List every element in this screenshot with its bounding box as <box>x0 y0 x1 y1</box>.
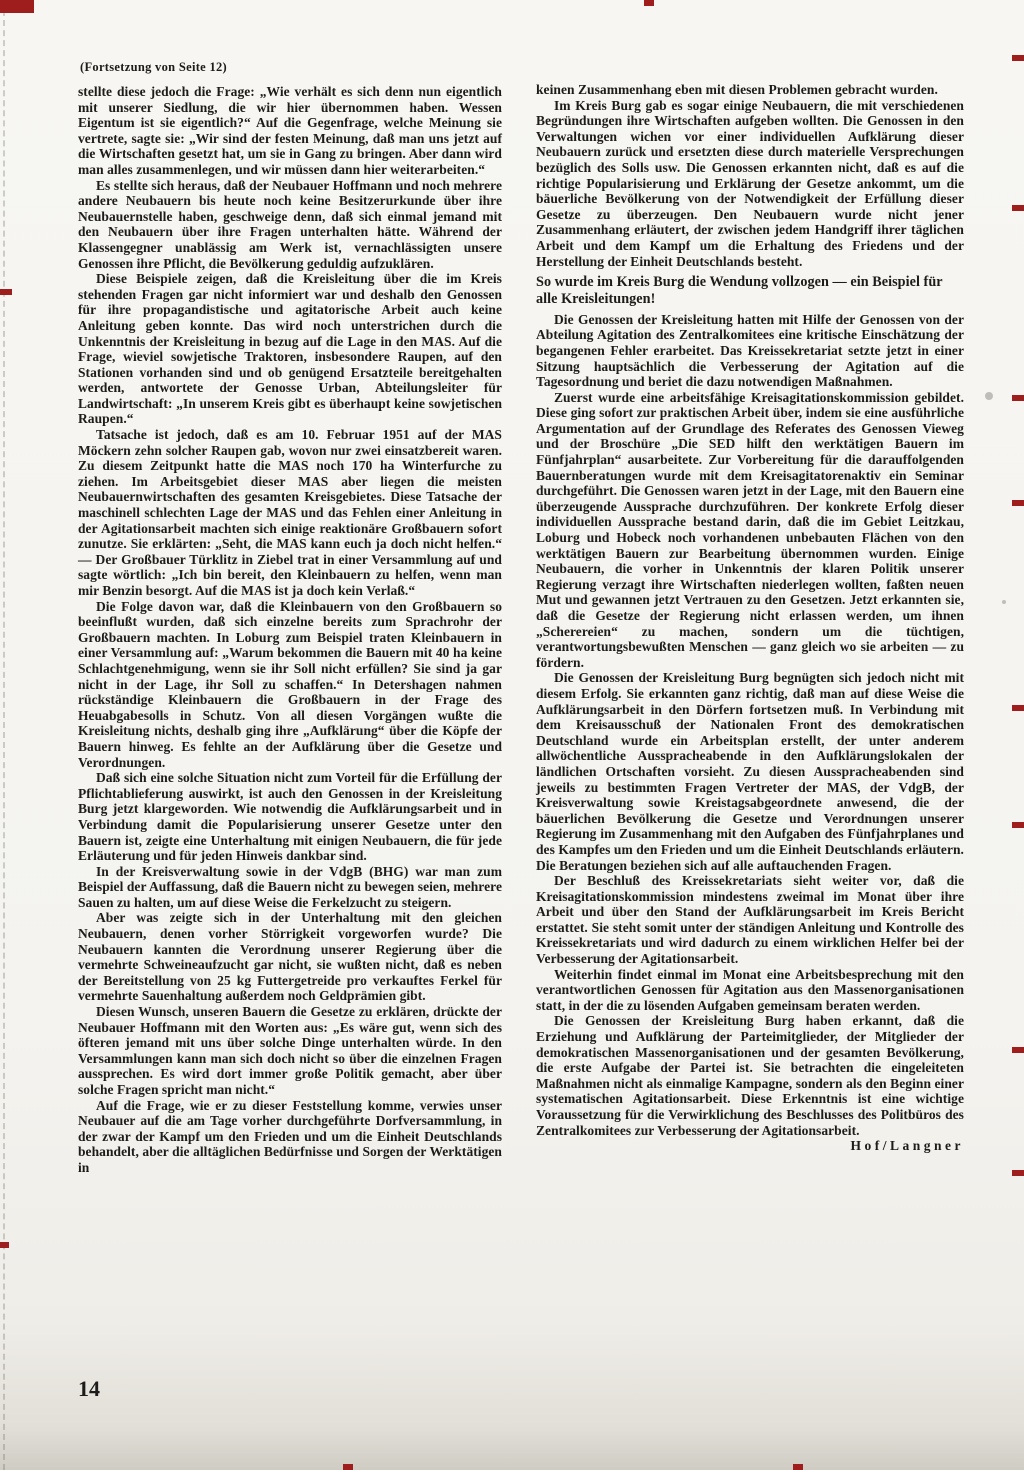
right-column-text-top: keinen Zusammenhang eben mit diesen Prob… <box>536 82 964 269</box>
paragraph: Es stellte sich heraus, daß der Neubauer… <box>78 178 502 272</box>
paragraph: In der Kreisverwaltung sowie in der VdgB… <box>78 864 502 911</box>
paragraph: Der Beschluß des Kreissekretariats sieht… <box>536 873 964 967</box>
registration-mark <box>343 1464 353 1470</box>
left-column: stellte diese jedoch die Frage: „Wie ver… <box>78 84 502 1176</box>
right-column-text-bottom: Die Genossen der Kreisleitung hatten mit… <box>536 312 964 1014</box>
page-number: 14 <box>78 1376 100 1402</box>
paragraph: Auf die Frage, wie er zu dieser Feststel… <box>78 1098 502 1176</box>
continuation-note: (Fortsetzung von Seite 12) <box>80 60 227 75</box>
registration-mark <box>1012 395 1024 401</box>
registration-mark <box>793 1464 803 1470</box>
registration-mark <box>1012 1047 1024 1053</box>
scan-edge-artifact <box>3 0 5 1470</box>
registration-mark <box>1012 55 1024 61</box>
paragraph: Diese Beispiele zeigen, daß die Kreislei… <box>78 271 502 427</box>
registration-mark <box>644 0 654 6</box>
paragraph: Tatsache ist jedoch, daß es am 10. Febru… <box>78 427 502 599</box>
paragraph: Weiterhin findet einmal im Monat eine Ar… <box>536 967 964 1014</box>
registration-mark <box>1012 1170 1024 1176</box>
registration-mark <box>0 1242 9 1248</box>
paragraph: keinen Zusammenhang eben mit diesen Prob… <box>536 82 964 98</box>
registration-mark <box>1012 822 1024 828</box>
paragraph: stellte diese jedoch die Frage: „Wie ver… <box>78 84 502 178</box>
scanned-newspaper-page: (Fortsetzung von Seite 12) stellte diese… <box>0 0 1024 1470</box>
paragraph: Die Genossen der Kreisleitung Burg begnü… <box>536 670 964 873</box>
paragraph: Die Genossen der Kreisleitung hatten mit… <box>536 312 964 390</box>
left-column-text: stellte diese jedoch die Frage: „Wie ver… <box>78 84 502 1176</box>
scan-speck <box>985 392 993 400</box>
registration-mark <box>1012 205 1024 211</box>
paragraph: Daß sich eine solche Situation nicht zum… <box>78 770 502 864</box>
final-paragraph: Die Genossen der Kreisleitung Burg haben… <box>536 1013 964 1138</box>
final-paragraph-text: Die Genossen der Kreisleitung Burg haben… <box>536 1013 964 1137</box>
paragraph: Im Kreis Burg gab es sogar einige Neubau… <box>536 98 964 270</box>
registration-mark <box>1012 500 1024 506</box>
author-signature: Hof/Langner <box>832 1138 964 1154</box>
paragraph: Zuerst wurde eine arbeitsfähige Kreisagi… <box>536 390 964 671</box>
registration-mark <box>1012 705 1024 711</box>
paragraph: Diesen Wunsch, unseren Bauern die Gesetz… <box>78 1004 502 1098</box>
right-column: keinen Zusammenhang eben mit diesen Prob… <box>536 82 964 1154</box>
scan-speck <box>1002 600 1006 604</box>
registration-mark <box>0 0 34 13</box>
paragraph: Aber was zeigte sich in der Unterhaltung… <box>78 910 502 1004</box>
paragraph: Die Folge davon war, daß die Kleinbauern… <box>78 599 502 771</box>
section-heading: So wurde im Kreis Burg die Wendung vollz… <box>536 274 964 308</box>
registration-mark <box>0 289 12 295</box>
